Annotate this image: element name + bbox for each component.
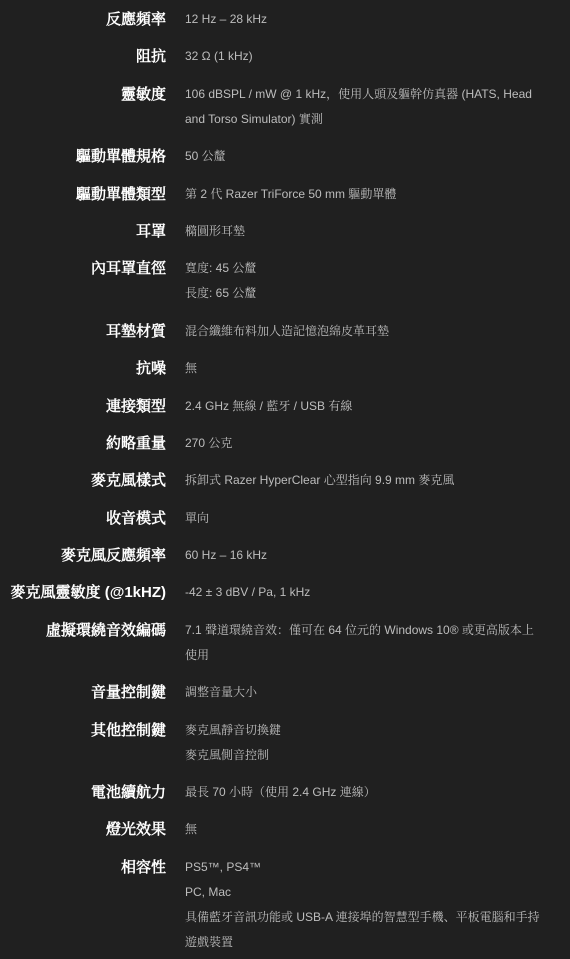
spec-value-line: 無 [185,356,555,381]
spec-value-line: 32 Ω (1 kHz) [185,44,555,69]
spec-row: 耳墊材質混合纖維布料加人造記憶泡綿皮革耳墊 [0,319,570,344]
spec-value: 拆卸式 Razer HyperClear 心型指向 9.9 mm 麥克風 [185,468,555,493]
spec-label: 電池續航力 [0,780,166,805]
spec-row: 虛擬環繞音效編碼7.1 聲道環繞音效：僅可在 64 位元的 Windows 10… [0,618,570,668]
spec-value: 調整音量大小 [185,680,555,705]
spec-label: 驅動單體類型 [0,182,166,207]
spec-value-line: 寬度: 45 公釐 [185,256,555,281]
spec-value-line: PC, Mac [185,880,555,905]
spec-value-line: 使用 [185,643,555,668]
spec-row: 阻抗32 Ω (1 kHz) [0,44,570,69]
spec-label: 音量控制鍵 [0,680,166,705]
spec-value-line: 60 Hz – 16 kHz [185,543,555,568]
spec-value: PS5™, PS4™PC, Mac具備藍牙音訊功能或 USB-A 連接埠的智慧型… [185,855,555,955]
spec-value: 2.4 GHz 無線 / 藍牙 / USB 有線 [185,394,555,419]
spec-label: 反應頻率 [0,7,166,32]
spec-value-line: -42 ± 3 dBV / Pa, 1 kHz [185,580,555,605]
spec-label: 約略重量 [0,431,166,456]
spec-value-line: and Torso Simulator) 實測 [185,107,555,132]
spec-row: 靈敏度106 dBSPL / mW @ 1 kHz，使用人頭及軀幹仿真器 (HA… [0,82,570,132]
spec-value: 50 公釐 [185,144,555,169]
spec-value-line: 無 [185,817,555,842]
spec-value-line: 麥克風側音控制 [185,743,555,768]
spec-row: 約略重量270 公克 [0,431,570,456]
spec-value-line: 12 Hz – 28 kHz [185,7,555,32]
spec-value-line: 106 dBSPL / mW @ 1 kHz，使用人頭及軀幹仿真器 (HATS,… [185,82,555,107]
spec-row: 內耳罩直徑寬度: 45 公釐長度: 65 公釐 [0,256,570,306]
spec-value-line: 麥克風靜音切換鍵 [185,718,555,743]
spec-value: -42 ± 3 dBV / Pa, 1 kHz [185,580,555,605]
spec-value-line: PS5™, PS4™ [185,855,555,880]
spec-value-line: 第 2 代 Razer TriForce 50 mm 驅動單體 [185,182,555,207]
spec-row: 麥克風靈敏度 (@1kHZ)-42 ± 3 dBV / Pa, 1 kHz [0,580,570,605]
spec-value: 7.1 聲道環繞音效：僅可在 64 位元的 Windows 10® 或更高版本上… [185,618,555,668]
spec-label: 收音模式 [0,506,166,531]
spec-row: 收音模式單向 [0,506,570,531]
spec-value: 橢圓形耳墊 [185,219,555,244]
spec-label: 麥克風反應頻率 [0,543,166,568]
spec-row: 燈光效果無 [0,817,570,842]
spec-label: 相容性 [0,855,166,880]
spec-label: 麥克風樣式 [0,468,166,493]
spec-label: 燈光效果 [0,817,166,842]
spec-value: 混合纖維布料加人造記憶泡綿皮革耳墊 [185,319,555,344]
spec-value: 無 [185,356,555,381]
spec-table: 反應頻率12 Hz – 28 kHz阻抗32 Ω (1 kHz)靈敏度106 d… [0,0,570,955]
spec-value-line: 2.4 GHz 無線 / 藍牙 / USB 有線 [185,394,555,419]
spec-row: 其他控制鍵麥克風靜音切換鍵麥克風側音控制 [0,718,570,768]
spec-label: 驅動單體規格 [0,144,166,169]
spec-value-line: 270 公克 [185,431,555,456]
spec-value-line: 遊戲裝置 [185,930,555,955]
spec-row: 反應頻率12 Hz – 28 kHz [0,7,570,32]
spec-value: 單向 [185,506,555,531]
spec-label: 阻抗 [0,44,166,69]
spec-label: 麥克風靈敏度 (@1kHZ) [0,580,166,605]
spec-row: 電池續航力最長 70 小時（使用 2.4 GHz 連線） [0,780,570,805]
spec-row: 驅動單體規格50 公釐 [0,144,570,169]
spec-value: 最長 70 小時（使用 2.4 GHz 連線） [185,780,555,805]
spec-value: 60 Hz – 16 kHz [185,543,555,568]
spec-label: 耳罩 [0,219,166,244]
spec-label: 連接類型 [0,394,166,419]
spec-value-line: 具備藍牙音訊功能或 USB-A 連接埠的智慧型手機、平板電腦和手持 [185,905,555,930]
spec-value-line: 單向 [185,506,555,531]
spec-row: 耳罩橢圓形耳墊 [0,219,570,244]
spec-label: 抗噪 [0,356,166,381]
spec-value: 無 [185,817,555,842]
spec-label: 靈敏度 [0,82,166,107]
spec-value-line: 拆卸式 Razer HyperClear 心型指向 9.9 mm 麥克風 [185,468,555,493]
spec-value: 寬度: 45 公釐長度: 65 公釐 [185,256,555,306]
spec-label: 耳墊材質 [0,319,166,344]
spec-value: 麥克風靜音切換鍵麥克風側音控制 [185,718,555,768]
spec-value-line: 50 公釐 [185,144,555,169]
spec-label: 內耳罩直徑 [0,256,166,281]
spec-value-line: 最長 70 小時（使用 2.4 GHz 連線） [185,780,555,805]
spec-row: 驅動單體類型第 2 代 Razer TriForce 50 mm 驅動單體 [0,182,570,207]
spec-value: 32 Ω (1 kHz) [185,44,555,69]
spec-label: 虛擬環繞音效編碼 [0,618,166,643]
spec-row: 麥克風樣式拆卸式 Razer HyperClear 心型指向 9.9 mm 麥克… [0,468,570,493]
spec-row: 相容性PS5™, PS4™PC, Mac具備藍牙音訊功能或 USB-A 連接埠的… [0,855,570,955]
spec-row: 麥克風反應頻率60 Hz – 16 kHz [0,543,570,568]
spec-value-line: 長度: 65 公釐 [185,281,555,306]
spec-label: 其他控制鍵 [0,718,166,743]
spec-value-line: 橢圓形耳墊 [185,219,555,244]
spec-value: 第 2 代 Razer TriForce 50 mm 驅動單體 [185,182,555,207]
spec-value-line: 混合纖維布料加人造記憶泡綿皮革耳墊 [185,319,555,344]
spec-row: 連接類型2.4 GHz 無線 / 藍牙 / USB 有線 [0,394,570,419]
spec-value: 270 公克 [185,431,555,456]
spec-value: 106 dBSPL / mW @ 1 kHz，使用人頭及軀幹仿真器 (HATS,… [185,82,555,132]
spec-row: 抗噪無 [0,356,570,381]
spec-value-line: 調整音量大小 [185,680,555,705]
spec-row: 音量控制鍵調整音量大小 [0,680,570,705]
spec-value: 12 Hz – 28 kHz [185,7,555,32]
spec-value-line: 7.1 聲道環繞音效：僅可在 64 位元的 Windows 10® 或更高版本上 [185,618,555,643]
